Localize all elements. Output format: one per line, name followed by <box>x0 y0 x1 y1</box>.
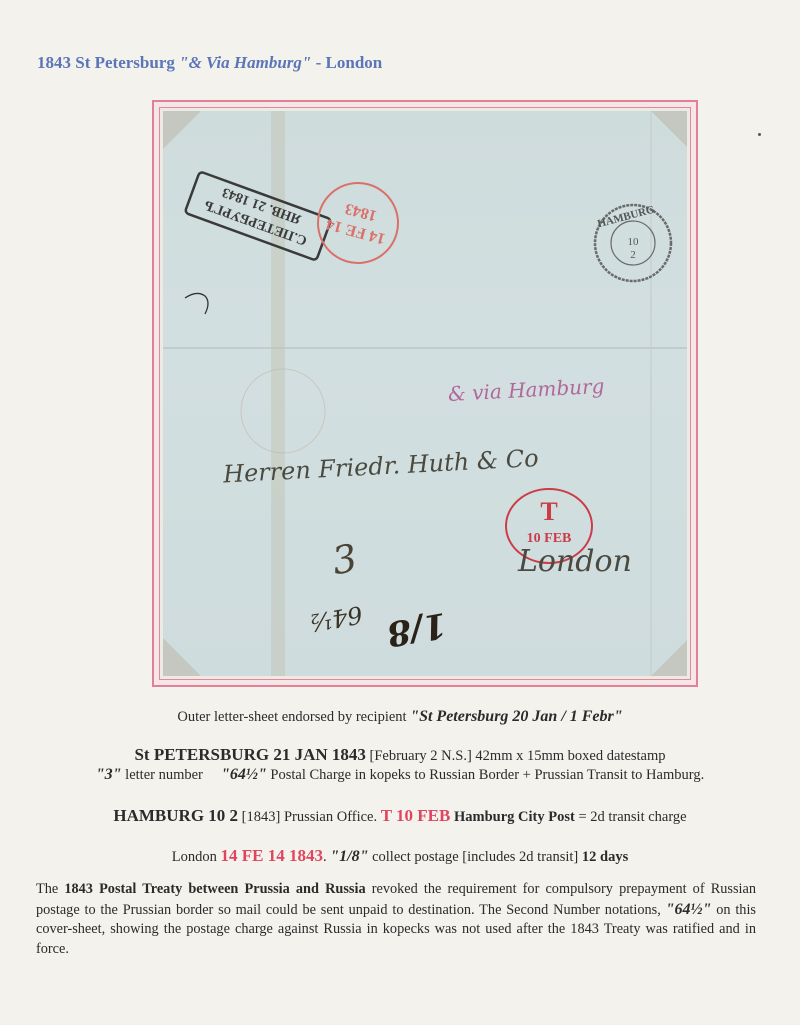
title-prefix: 1843 St Petersburg <box>37 53 179 72</box>
london-date: 14 FE 14 1843 <box>221 846 323 865</box>
st-petersburg-desc: [February 2 N.S.] 42mm x 15mm boxed date… <box>366 748 666 764</box>
photo-corner-br <box>649 638 687 676</box>
collect-desc: collect postage [includes 2d transit] <box>368 849 581 865</box>
caption-hamburg: HAMBURG 10 2 [1843] Prussian Office. T 1… <box>0 806 800 826</box>
collect-rate-inverted: 1/8 <box>384 604 450 654</box>
transit-charge: = 2d transit charge <box>575 809 687 825</box>
page-title: 1843 St Petersburg "& Via Hamburg" - Lon… <box>37 53 382 73</box>
speck-mark <box>758 133 761 136</box>
letter-number-label: letter number <box>122 767 203 783</box>
treaty-note: The 1843 Postal Treaty between Prussia a… <box>36 880 756 959</box>
city-london: London <box>517 544 632 579</box>
manuscript-mark <box>185 293 208 314</box>
title-suffix: - London <box>311 53 382 72</box>
svg-text:2: 2 <box>630 249 636 261</box>
note-charge: "64½" <box>666 901 712 918</box>
hamburg-city-post: Hamburg City Post <box>450 809 574 825</box>
caption-london: London 14 FE 14 1843. "1/8" collect post… <box>0 846 800 866</box>
postal-charge-inverted: 64½ <box>307 600 365 637</box>
london-datestamp: 14 FE 14 1843 <box>309 174 407 272</box>
svg-text:T: T <box>540 497 557 526</box>
london-label: London <box>172 849 221 865</box>
letter-number-value: "3" <box>96 766 122 783</box>
charge-desc: Postal Charge in kopeks to Russian Borde… <box>267 767 704 783</box>
endorsement-text: Outer letter-sheet endorsed by recipient <box>177 709 410 725</box>
charge-value: "64½" <box>221 766 267 783</box>
st-petersburg-stamp: St PETERSBURG 21 JAN 1843 <box>134 745 365 764</box>
transit-days: 12 days <box>582 849 628 865</box>
cover-artwork: С.ПЕТЕРБУРГЪ ЯНВ. 21 1843 14 FE 14 1843 … <box>163 111 687 676</box>
t-10-feb-label: T 10 FEB <box>381 806 451 825</box>
cover-image: С.ПЕТЕРБУРГЪ ЯНВ. 21 1843 14 FE 14 1843 … <box>163 111 687 676</box>
endorsement-quote: "St Petersburg 20 Jan / 1 Febr" <box>410 708 622 725</box>
boxed-datestamp: С.ПЕТЕРБУРГЪ ЯНВ. 21 1843 <box>185 171 332 260</box>
svg-text:10: 10 <box>628 236 640 248</box>
cover-mount: С.ПЕТЕРБУРГЪ ЯНВ. 21 1843 14 FE 14 1843 … <box>159 107 691 680</box>
hamburg-stamp: HAMBURG 10 2 <box>113 806 238 825</box>
letter-number: 3 <box>329 536 360 584</box>
note-text-1: The <box>36 881 64 897</box>
photo-corner-tl <box>163 111 201 149</box>
photo-corner-tr <box>651 111 687 149</box>
title-italic: "& Via Hamburg" <box>179 53 311 72</box>
vertical-fold <box>271 111 285 676</box>
cover-frame: С.ПЕТЕРБУРГЪ ЯНВ. 21 1843 14 FE 14 1843 … <box>152 100 698 687</box>
collect-rate: "1/8" <box>330 848 368 865</box>
note-treaty-name: 1843 Postal Treaty between Prussia and R… <box>64 881 365 897</box>
caption-endorsement: Outer letter-sheet endorsed by recipient… <box>0 708 800 726</box>
caption-st-petersburg: St PETERSBURG 21 JAN 1843 [February 2 N.… <box>0 745 800 765</box>
hamburg-datestamp: HAMBURG 10 2 <box>595 203 671 281</box>
photo-corner-bl <box>163 638 203 676</box>
route-endorsement: & via Hamburg <box>447 374 605 406</box>
caption-letter-number: "3" letter number "64½" Postal Charge in… <box>0 766 800 784</box>
hamburg-desc: [1843] Prussian Office. <box>238 809 381 825</box>
